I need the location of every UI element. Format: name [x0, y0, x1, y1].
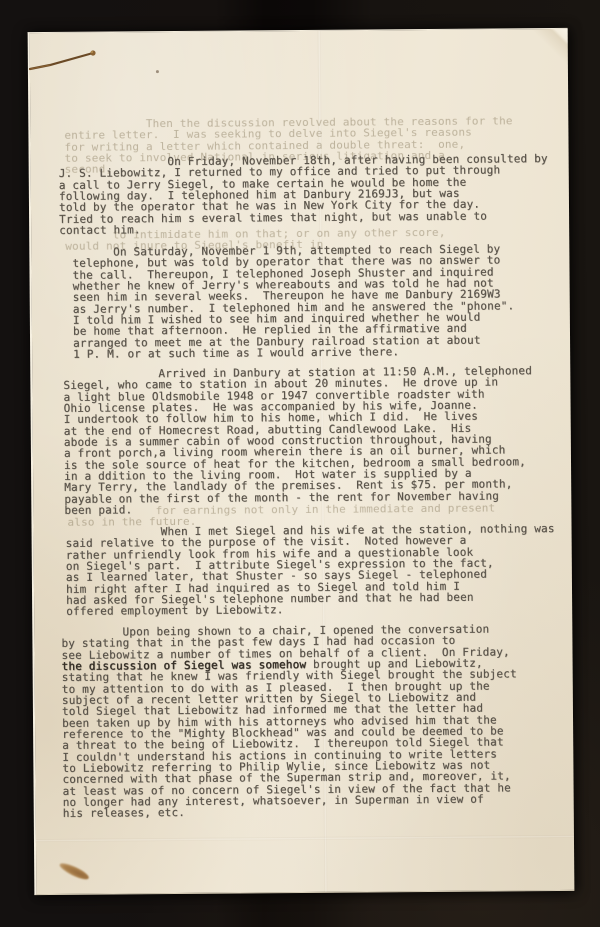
overstruck-text-line: the discussion of Siegel was somehow — [62, 659, 307, 672]
paragraph-friday-call: On Friday, November 18th, after having b… — [59, 153, 549, 236]
paper-speck — [156, 70, 159, 73]
paper-sheet: Then the discussion revolved about the r… — [28, 28, 575, 895]
paragraph-danbury-arrival: Arrived in Danbury at station at 11:50 A… — [63, 365, 533, 516]
staple-pin — [24, 44, 104, 78]
horizontal-crease — [36, 835, 574, 842]
stain-mark — [58, 860, 91, 882]
paragraph-conversation: Upon being shown to a chair, I opened th… — [61, 623, 518, 819]
paragraph-station-meeting: When I met Siegel and his wife at the st… — [66, 523, 556, 617]
paragraph-saturday-call: On Saturday, November 1 9th, attempted t… — [72, 243, 514, 360]
photo-background: Then the discussion revolved about the r… — [0, 0, 600, 927]
corner-fold — [516, 29, 569, 93]
